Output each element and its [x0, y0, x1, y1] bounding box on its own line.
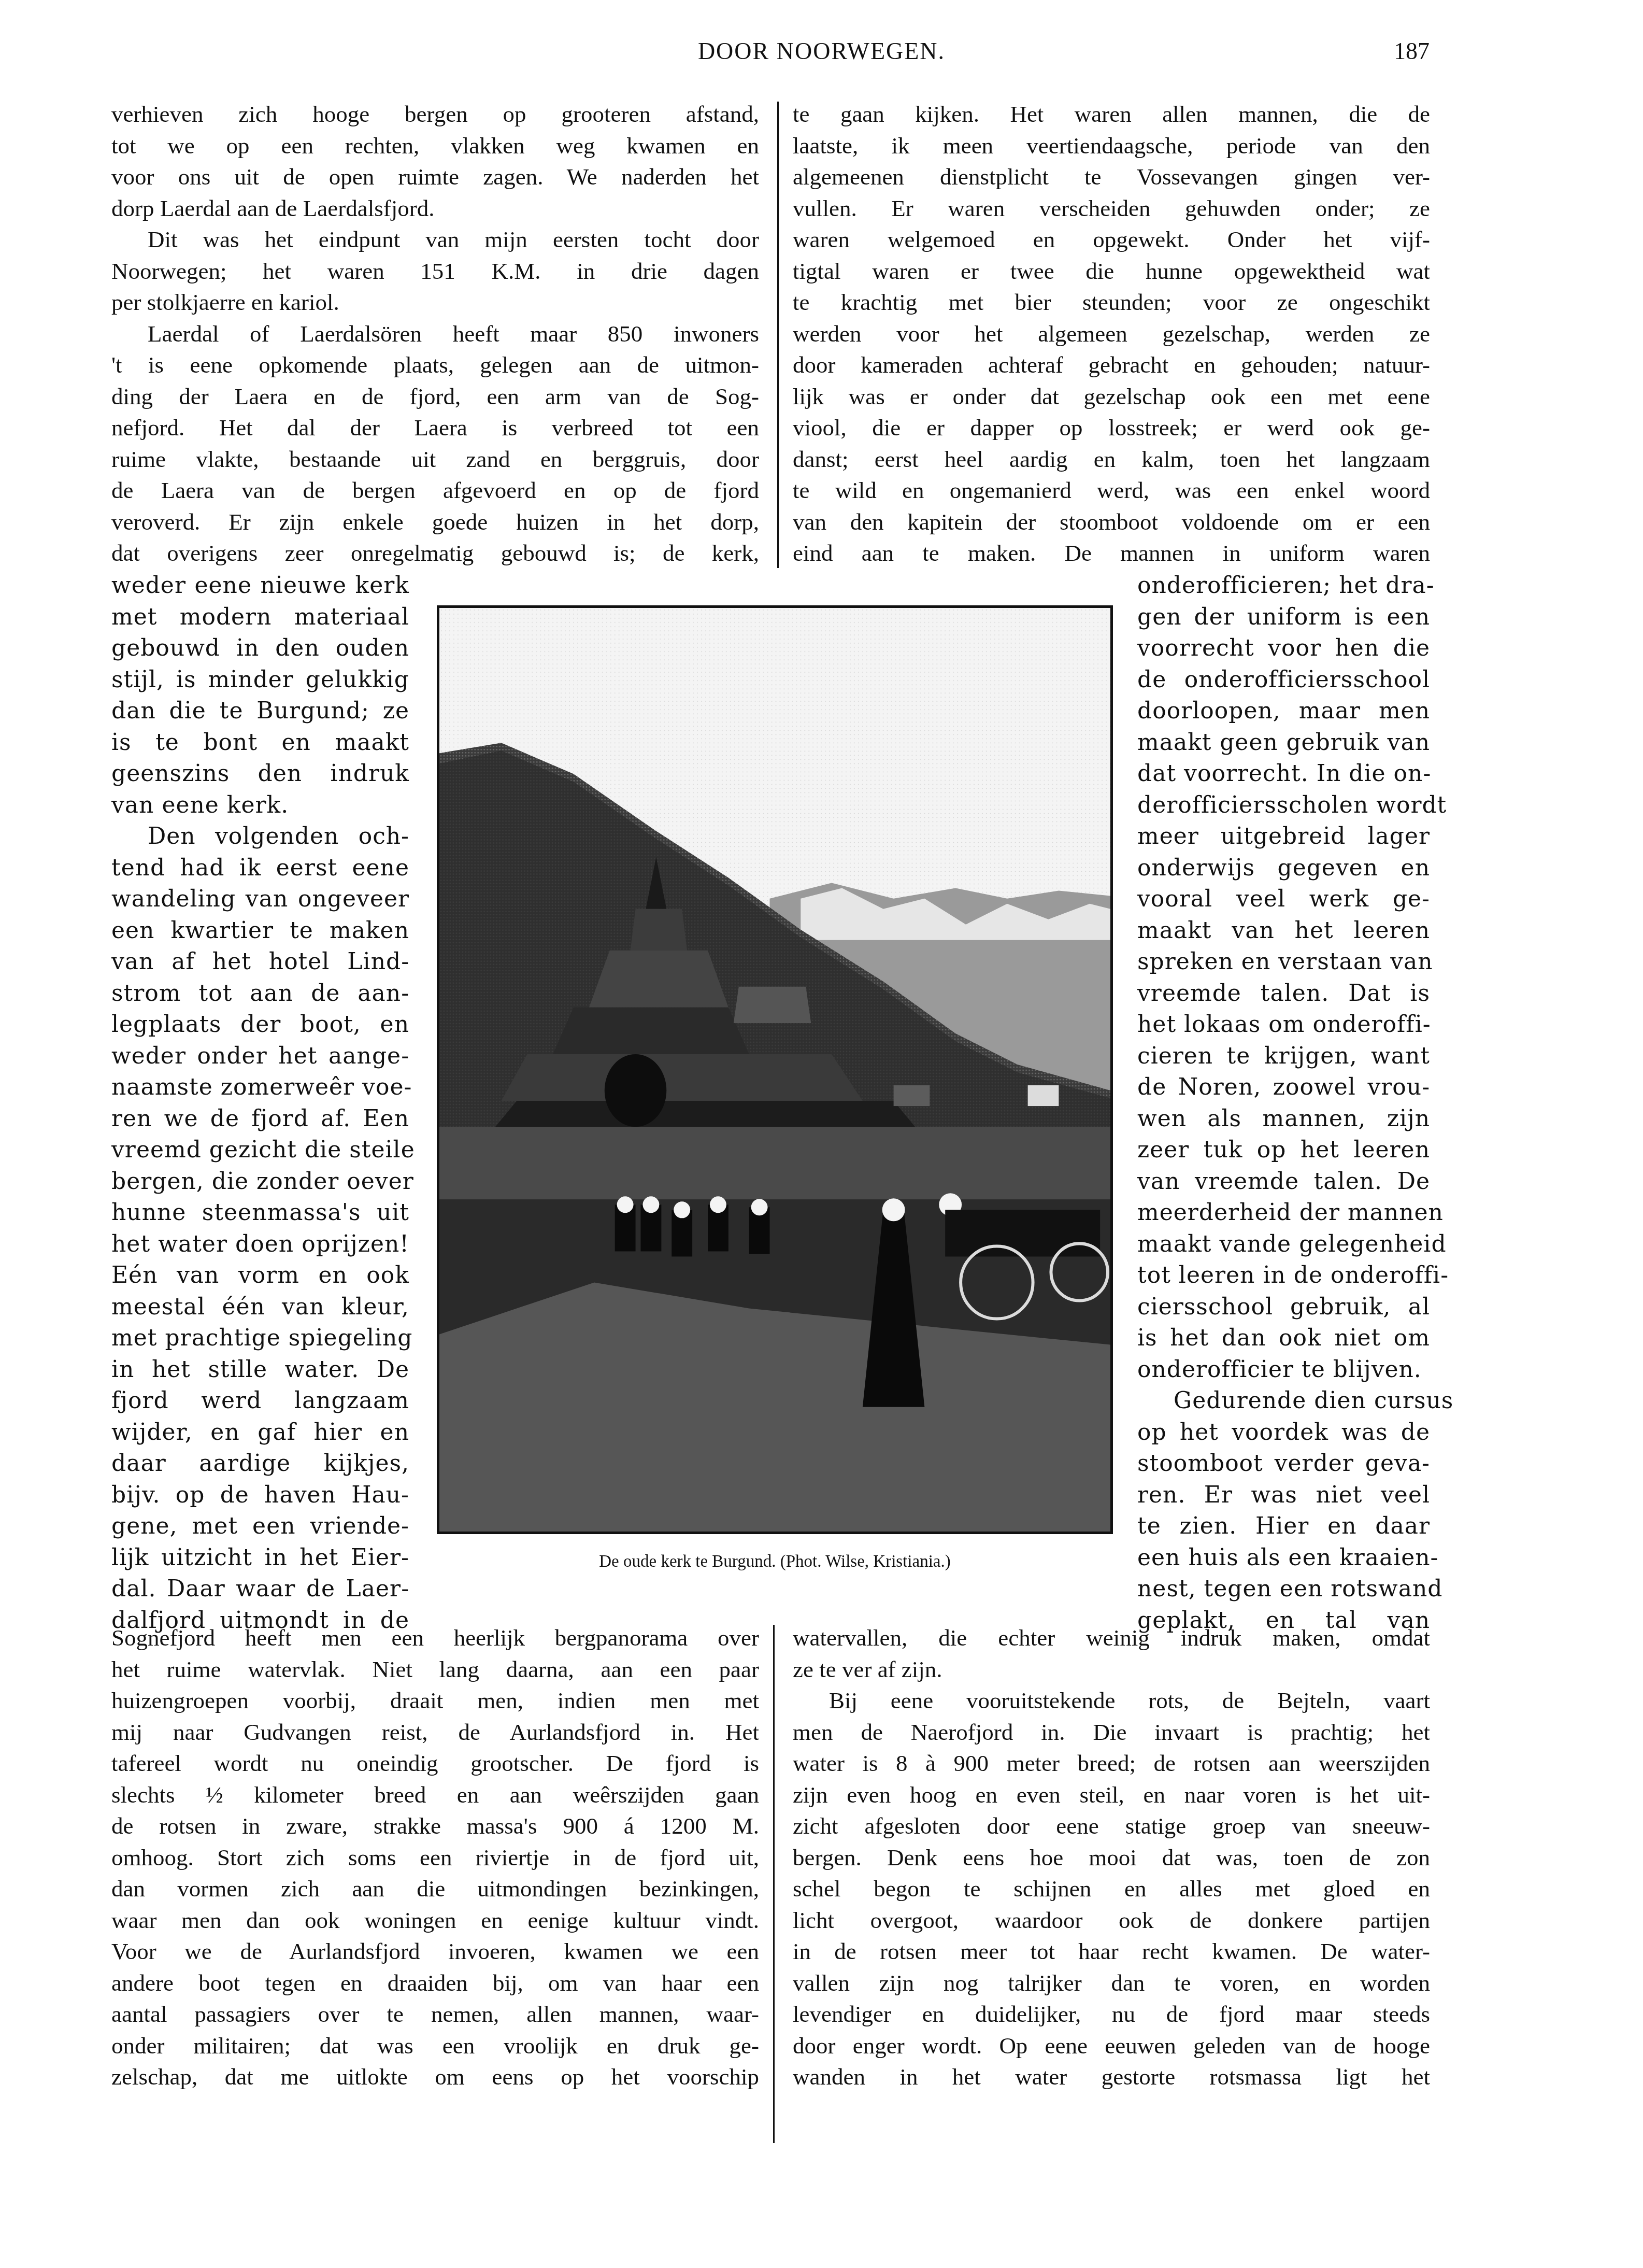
text-line: onderofficieren; het dra-	[1137, 570, 1430, 602]
text-line: dal. Daar waar de Laer-	[111, 1574, 409, 1605]
text-line: maakt vande gelegenheid	[1137, 1229, 1430, 1260]
text-line: in de rotsen meer tot haar recht kwamen.…	[793, 1936, 1430, 1967]
text-line: werden voor het algemeen gezelschap, wer…	[793, 318, 1430, 350]
text-line: gen der uniform is een	[1137, 602, 1430, 633]
text-line: bergen. Denk eens hoe mooi dat was, toen…	[793, 1842, 1430, 1874]
text-line: vullen. Er waren verscheiden gehuwden on…	[793, 193, 1430, 224]
text-line: meer uitgebreid lager	[1137, 821, 1430, 853]
text-line: veroverd. Er zijn enkele goede huizen in…	[111, 506, 759, 538]
text-line: schel begon te schijnen en alles met glo…	[793, 1873, 1430, 1905]
text-line: mij naar Gudvangen reist, de Aurlandsfjo…	[111, 1717, 759, 1748]
text-line: Den volgenden och-	[111, 821, 409, 853]
text-line: lijk uitzicht in het Eier-	[111, 1542, 409, 1574]
text-line: te zien. Hier en daar	[1137, 1511, 1430, 1542]
text-line: meerderheid der mannen	[1137, 1197, 1430, 1229]
text-line: slechts ½ kilometer breed en aan weêrszi…	[111, 1779, 759, 1811]
figure-caption: De oude kerk te Burgund. (Phot. Wilse, K…	[437, 1552, 1113, 1571]
text-line: licht overgoot, waardoor ook de donkere …	[793, 1905, 1430, 1936]
text-line: levendiger en duidelijker, nu de fjord m…	[793, 1998, 1430, 2030]
text-line: voor ons uit de open ruimte zagen. We na…	[111, 161, 759, 193]
text-line: Dit was het eindpunt van mijn eersten to…	[111, 224, 759, 256]
text-line: weder eene nieuwe kerk	[111, 570, 409, 602]
text-line: Eén van vorm en ook	[111, 1260, 409, 1292]
text-line: dan die te Burgund; ze	[111, 696, 409, 727]
text-line: vreemd gezicht die steile	[111, 1135, 409, 1166]
text-line: maakt geen gebruik van	[1137, 727, 1430, 759]
text-line: wandeling van ongeveer	[111, 884, 409, 915]
text-line: van eene kerk.	[111, 790, 409, 821]
text-line: te gaan kijken. Het waren allen mannen, …	[793, 98, 1430, 130]
text-line: in het stille water. De	[111, 1354, 409, 1386]
text-line: te krachtig met bier steunden; voor ze o…	[793, 287, 1430, 318]
column-top-left: verhieven zich hooge bergen op grooteren…	[111, 98, 759, 569]
text-line: vallen zijn nog talrijker dan te voren, …	[793, 1967, 1430, 1999]
page-number: 187	[1394, 37, 1430, 65]
text-line: laatste, ik meen veertiendaagsche, perio…	[793, 130, 1430, 162]
text-line: zicht afgesloten door eene statige groep…	[793, 1810, 1430, 1842]
text-line: Noorwegen; het waren 151 K.M. in drie da…	[111, 256, 759, 287]
text-line: daar aardige kijkjes,	[111, 1448, 409, 1480]
text-line: doorloopen, maar men	[1137, 696, 1430, 727]
text-line: van den kapitein der stoomboot voldoende…	[793, 506, 1430, 538]
text-line: door enger wordt. Op eene eeuwen geleden…	[793, 2030, 1430, 2062]
text-line: fjord werd langzaam	[111, 1385, 409, 1417]
text-line: nefjord. Het dal der Laera is verbreed t…	[111, 412, 759, 444]
text-line: algemeenen dienstplicht te Vossevangen g…	[793, 161, 1430, 193]
text-line: 't is eene opkomende plaats, gelegen aan…	[111, 349, 759, 381]
text-line: omhoog. Stort zich soms een riviertje in…	[111, 1842, 759, 1874]
text-line: Laerdal of Laerdalsören heeft maar 850 i…	[111, 318, 759, 350]
text-line: ren we de fjord af. Een	[111, 1103, 409, 1135]
text-line: Voor we de Aurlandsfjord invoeren, kwame…	[111, 1936, 759, 1967]
text-line: onderwijs gegeven en	[1137, 853, 1430, 884]
column-middle-left: weder eene nieuwe kerk met modern materi…	[111, 570, 409, 1636]
text-line: het ruime watervlak. Niet lang daarna, a…	[111, 1654, 759, 1685]
photo-illustration	[439, 608, 1110, 1532]
text-line: ze te ver af zijn.	[793, 1654, 1430, 1685]
stave-church-photo	[437, 605, 1113, 1534]
text-line: tigtal waren er twee die hunne opgewekth…	[793, 256, 1430, 287]
text-line: van af het hotel Lind-	[111, 946, 409, 978]
column-divider-top	[777, 102, 779, 568]
text-line: dan vormen zich aan die uitmondingen bez…	[111, 1873, 759, 1905]
text-line: ding der Laera en de fjord, een arm van …	[111, 381, 759, 413]
text-line: Bij eene vooruitstekende rots, de Bejtel…	[793, 1685, 1430, 1717]
text-line: verhieven zich hooge bergen op grooteren…	[111, 98, 759, 130]
text-line: de onderofficiersschool	[1137, 664, 1430, 696]
text-line: ciersschool gebruik, al	[1137, 1292, 1430, 1323]
text-line: water is 8 à 900 meter breed; de rotsen …	[793, 1748, 1430, 1779]
text-line: maakt van het leeren	[1137, 915, 1430, 947]
text-line: nest, tegen een rotswand	[1137, 1574, 1430, 1605]
text-line: andere boot tegen en draaiden bij, om va…	[111, 1967, 759, 1999]
column-top-right: te gaan kijken. Het waren allen mannen, …	[793, 98, 1430, 569]
text-line: wen als mannen, zijn	[1137, 1103, 1430, 1135]
text-line: de rotsen in zware, strakke massa's 900 …	[111, 1810, 759, 1842]
text-line: derofficiersscholen wordt	[1137, 790, 1430, 821]
text-line: Gedurende dien cursus	[1137, 1385, 1430, 1417]
text-line: ren. Er was niet veel	[1137, 1480, 1430, 1511]
text-line: geenszins den indruk	[111, 758, 409, 790]
text-line: een kwartier te maken	[111, 915, 409, 947]
text-line: weder onder het aange-	[111, 1041, 409, 1072]
text-line: ruime vlakte, bestaande uit zand en berg…	[111, 444, 759, 475]
text-line: dat voorrecht. In die on-	[1137, 758, 1430, 790]
text-line: gene, met een vriende-	[111, 1511, 409, 1542]
text-line: bergen, die zonder oever	[111, 1166, 409, 1198]
text-line: onder militairen; dat was een vroolijk e…	[111, 2030, 759, 2062]
text-line: is het dan ook niet om	[1137, 1323, 1430, 1354]
text-line: Sognefjord heeft men een heerlijk bergpa…	[111, 1622, 759, 1654]
text-line: lijk was er onder dat gezelschap ook een…	[793, 381, 1430, 413]
text-line: aantal passagiers over te nemen, allen m…	[111, 1998, 759, 2030]
text-line: eind aan te maken. De mannen in uniform …	[793, 537, 1430, 569]
text-line: dat overigens zeer onregelmatig gebouwd …	[111, 537, 759, 569]
text-line: spreken en verstaan van	[1137, 946, 1430, 978]
text-line: door kameraden achteraf gebracht en geho…	[793, 349, 1430, 381]
text-line: zeer tuk op het leeren	[1137, 1135, 1430, 1166]
text-line: stoomboot verder geva-	[1137, 1448, 1430, 1480]
text-line: huizengroepen voorbij, draait men, indie…	[111, 1685, 759, 1717]
column-bottom-right: watervallen, die echter weinig indruk ma…	[793, 1622, 1430, 2093]
text-line: het water doen oprijzen!	[111, 1229, 409, 1260]
text-line: naamste zomerweêr voe-	[111, 1072, 409, 1103]
text-line: het lokaas om onderoffi-	[1137, 1009, 1430, 1041]
text-line: viool, die er dapper op losstreek; er we…	[793, 412, 1430, 444]
text-line: tot leeren in de onderoffi-	[1137, 1260, 1430, 1292]
text-line: zelschap, dat me uitlokte om eens op het…	[111, 2061, 759, 2093]
text-line: watervallen, die echter weinig indruk ma…	[793, 1622, 1430, 1654]
text-line: per stolkjaerre en kariol.	[111, 287, 759, 318]
text-line: is te bont en maakt	[111, 727, 409, 759]
text-line: te wild en ongemanierd werd, was een enk…	[793, 475, 1430, 506]
text-line: strom tot aan de aan-	[111, 978, 409, 1010]
text-line: waren welgemoed en opgewekt. Onder het v…	[793, 224, 1430, 256]
text-line: danst; eerst heel aardig en kalm, toen h…	[793, 444, 1430, 475]
text-line: tend had ik eerst eene	[111, 853, 409, 884]
column-bottom-left: Sognefjord heeft men een heerlijk bergpa…	[111, 1622, 759, 2093]
text-line: vooral veel werk ge-	[1137, 884, 1430, 915]
text-line: op het voordek was de	[1137, 1417, 1430, 1449]
text-line: men de Naerofjord in. Die invaart is pra…	[793, 1717, 1430, 1748]
text-line: bijv. op de haven Hau-	[111, 1480, 409, 1511]
text-line: cieren te krijgen, want	[1137, 1041, 1430, 1072]
text-line: de Noren, zoowel vrou-	[1137, 1072, 1430, 1103]
text-line: hunne steenmassa's uit	[111, 1197, 409, 1229]
text-line: tot we op een rechten, vlakken weg kwame…	[111, 130, 759, 162]
text-line: vreemde talen. Dat is	[1137, 978, 1430, 1010]
text-line: een huis als een kraaien-	[1137, 1542, 1430, 1574]
text-line: van vreemde talen. De	[1137, 1166, 1430, 1198]
text-line: meestal één van kleur,	[111, 1292, 409, 1323]
text-line: wanden in het water gestorte rotsmassa l…	[793, 2061, 1430, 2093]
text-line: stijl, is minder gelukkig	[111, 664, 409, 696]
text-line: gebouwd in den ouden	[111, 633, 409, 664]
text-line: met modern materiaal	[111, 602, 409, 633]
text-line: met prachtige spiegeling	[111, 1323, 409, 1354]
text-line: tafereel wordt nu oneindig grootscher. D…	[111, 1748, 759, 1779]
column-divider-bottom	[773, 1625, 775, 2143]
text-line: zijn even hoog en even steil, en naar vo…	[793, 1779, 1430, 1811]
column-middle-right: onderofficieren; het dra- gen der unifor…	[1137, 570, 1430, 1636]
text-line: waar men dan ook woningen en eenige kult…	[111, 1905, 759, 1936]
text-line: onderofficier te blijven.	[1137, 1354, 1430, 1386]
text-line: dorp Laerdal aan de Laerdalsfjord.	[111, 193, 759, 224]
text-line: voorrecht voor hen die	[1137, 633, 1430, 664]
text-line: legplaats der boot, en	[111, 1009, 409, 1041]
text-line: de Laera van de bergen afgevoerd en op d…	[111, 475, 759, 506]
text-line: wijder, en gaf hier en	[111, 1417, 409, 1449]
